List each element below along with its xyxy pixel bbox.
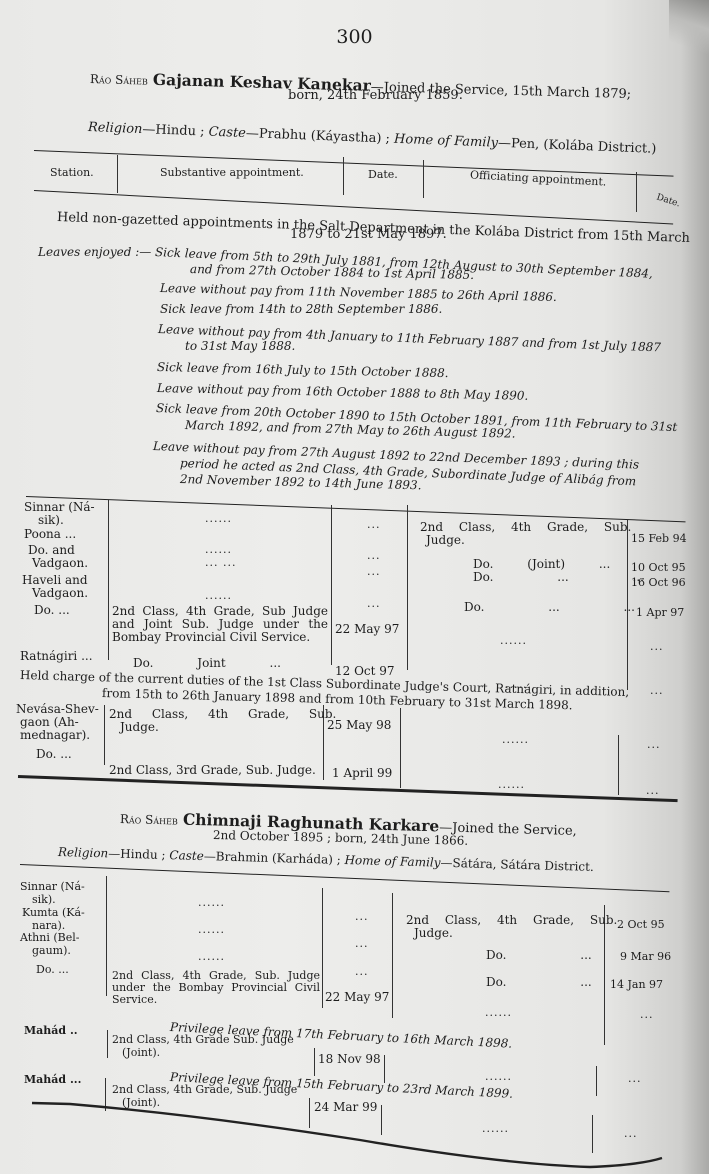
col-divider <box>392 893 393 1018</box>
leave-line: Leave without pay from 11th November 188… <box>160 281 557 304</box>
col-divider <box>107 1030 108 1058</box>
header-officiating-date: Date. <box>655 192 681 209</box>
col-divider <box>384 1055 385 1083</box>
officer-title: Ráo Sáheb <box>120 812 178 828</box>
col-divider <box>407 505 408 670</box>
table-top-rule <box>34 150 674 177</box>
col-divider <box>343 157 344 195</box>
religion-line: Religion—Hindu ; Caste—Prabhu (Káyastha)… <box>88 120 657 157</box>
leave-line: Sick leave from 16th July to 15th Octobe… <box>157 360 449 380</box>
officer-title: Ráo Sáheb <box>90 72 148 88</box>
entry-end-curved-rule <box>0 1100 709 1174</box>
col-divider <box>104 705 105 765</box>
col-divider <box>314 1048 315 1076</box>
col-divider <box>322 888 323 1008</box>
header-substantive: Substantive appointment. <box>160 166 304 179</box>
header-station: Station. <box>50 166 94 179</box>
born-date: born, 24th February 1859. <box>288 88 463 103</box>
leave-line: Leave without pay from 16th October 1888… <box>157 381 529 403</box>
col-divider <box>636 172 637 212</box>
col-divider <box>331 505 332 665</box>
table-rule <box>26 496 686 523</box>
col-divider <box>117 155 118 193</box>
leave-line: Sick leave from 14th to 28th September 1… <box>160 302 442 316</box>
leave-line: to 31st May 1888. <box>185 339 295 353</box>
col-divider <box>423 160 424 198</box>
col-divider <box>618 735 619 795</box>
col-divider <box>400 708 401 788</box>
header-date: Date. <box>368 168 398 181</box>
col-divider <box>108 500 109 660</box>
col-divider <box>106 876 107 996</box>
scanned-page: 300 Ráo Sáheb Gajanan Keshav Kanekar—Joi… <box>0 0 709 1174</box>
page-number: 300 <box>0 26 709 48</box>
col-divider <box>596 1066 597 1096</box>
non-gazetted-line-2: 1879 to 21st May 1897. <box>290 227 447 242</box>
leaves-label: Leaves enjoyed :— <box>38 245 151 259</box>
